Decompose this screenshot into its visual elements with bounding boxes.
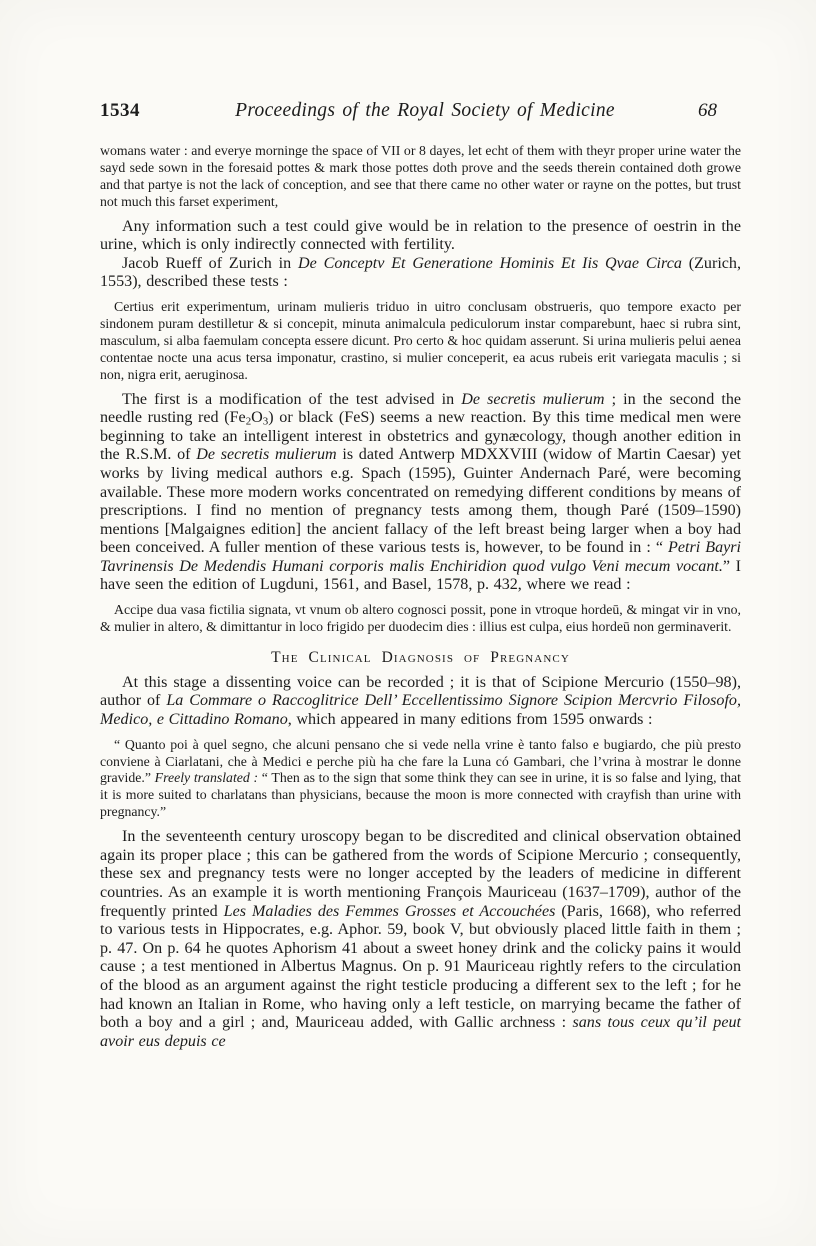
para-the-first: The first is a modification of the test … (100, 391, 741, 596)
para-at-this-stage: At this stage a dissenting voice can be … (100, 674, 741, 730)
italic-text: De secretis mulierum (461, 391, 604, 408)
text-run: , which appeared in many editions from 1… (288, 711, 653, 728)
text-run: The first is a modification of the test … (122, 391, 461, 408)
quote-accipe: Accipe dua vasa fictilia signata, vt vnu… (100, 602, 741, 636)
text-run: womans water : and everye morninge the s… (100, 143, 741, 209)
text-run: The Clinical Diagnosis of Pregnancy (271, 649, 570, 666)
heading-clinical-diagnosis: The Clinical Diagnosis of Pregnancy (100, 649, 741, 667)
italic-text: Freely translated : (155, 770, 258, 785)
page-number: 1534 (100, 100, 140, 122)
text-run: Certius erit experimentum, urinam mulier… (100, 299, 741, 382)
italic-text: De secretis mulierum (196, 446, 336, 463)
italic-text: De Conceptv Et Generatione Hominis Et Ii… (298, 255, 682, 272)
para-jacob-rueff: Jacob Rueff of Zurich in De Conceptv Et … (100, 255, 741, 292)
italic-text: Les Maladies des Femmes Grosses et Accou… (224, 903, 556, 920)
running-header: 1534 Proceedings of the Royal Society of… (100, 100, 741, 122)
para-seventeenth-century: In the seventeenth century uroscopy bega… (100, 828, 741, 1051)
quote-womans-water: womans water : and everye morninge the s… (100, 143, 741, 211)
running-title: Proceedings of the Royal Society of Medi… (235, 100, 615, 122)
text-run: Jacob Rueff of Zurich in (122, 255, 298, 272)
text-run: Accipe dua vasa fictilia signata, vt vnu… (100, 602, 741, 634)
quote-quanto-poi: “ Quanto poi à quel segno, che alcuni pe… (100, 737, 741, 822)
quote-certius: Certius erit experimentum, urinam mulier… (100, 299, 741, 384)
issue-number: 68 (698, 100, 741, 122)
document-content: womans water : and everye morninge the s… (100, 143, 741, 1051)
text-run: (Paris, 1668), who referred to various t… (100, 903, 741, 1032)
text-block: 1534 Proceedings of the Royal Society of… (100, 100, 741, 1051)
para-any-information: Any information such a test could give w… (100, 218, 741, 255)
text-run: O (251, 409, 263, 426)
text-run: Any information such a test could give w… (100, 218, 741, 254)
scanned-journal-page: 1534 Proceedings of the Royal Society of… (0, 0, 816, 1246)
